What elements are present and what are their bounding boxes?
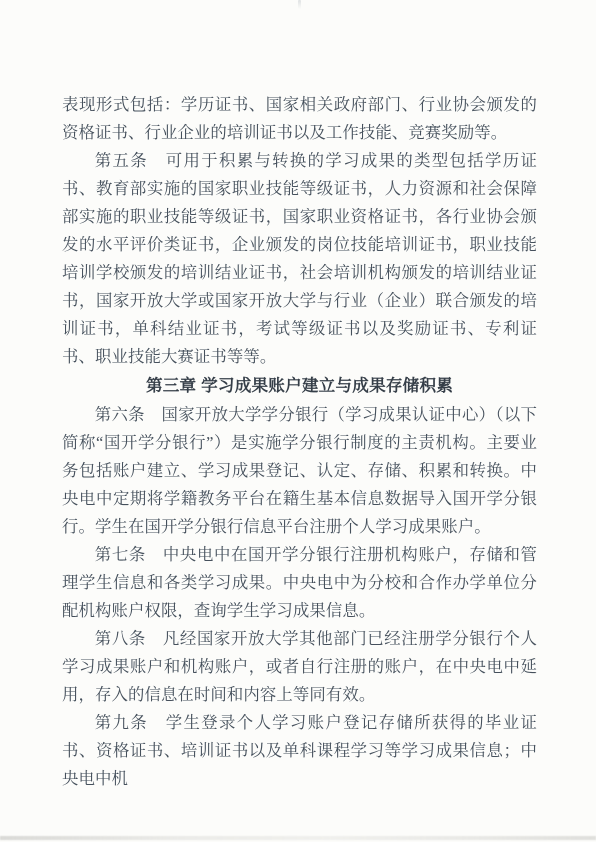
paragraph-article-7: 第七条 中央电中在国开学分银行注册机构账户，存储和管理学生信息和各类学习成果。中…	[62, 541, 537, 625]
paragraph-continuation: 表现形式包括：学历证书、国家相关政府部门、行业协会颁发的资格证书、行业企业的培训…	[62, 91, 537, 147]
scan-artifact-top	[298, 0, 301, 9]
paragraph-article-8: 第八条 凡经国家开放大学其他部门已经注册学分银行个人学习成果账户和机构账户，或者…	[62, 625, 537, 709]
document-text-block: 表现形式包括：学历证书、国家相关政府部门、行业协会颁发的资格证书、行业企业的培训…	[62, 91, 537, 793]
paragraph-article-6: 第六条 国家开放大学学分银行（学习成果认证中心）（以下简称“国开学分银行”）是实…	[62, 401, 537, 541]
scan-shadow-bottom-edge	[0, 836, 596, 840]
document-page: 表现形式包括：学历证书、国家相关政府部门、行业协会颁发的资格证书、行业企业的培训…	[0, 0, 596, 842]
chapter-3-heading: 第三章 学习成果账户建立与成果存储积累	[62, 371, 537, 401]
paragraph-article-5: 第五条 可用于积累与转换的学习成果的类型包括学历证书、教育部实施的国家职业技能等…	[62, 147, 537, 371]
paragraph-article-9: 第九条 学生登录个人学习账户登记存储所获得的毕业证书、资格证书、培训证书以及单科…	[62, 709, 537, 793]
